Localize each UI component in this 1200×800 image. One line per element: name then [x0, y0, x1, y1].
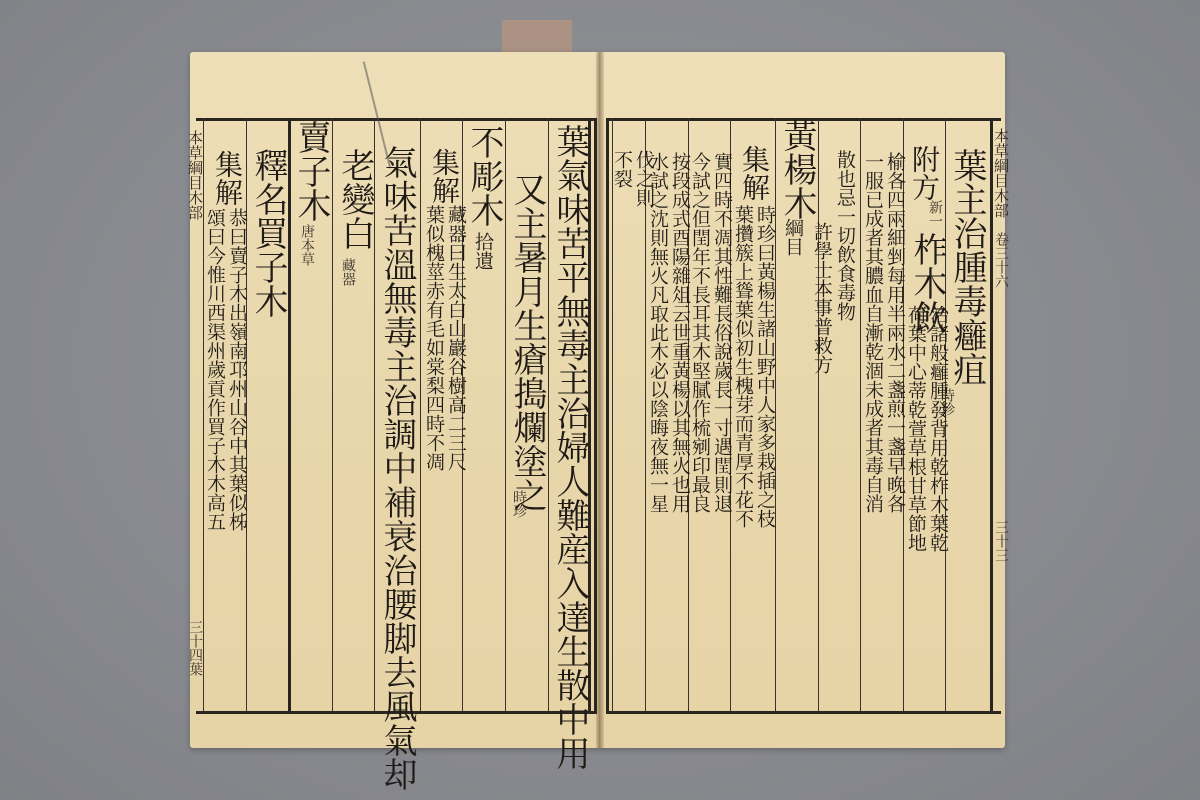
margin-label: 本草綱目木部 [993, 128, 1008, 218]
text-note: 頌曰今惟川西渠州歲貢作買子木木高五 [205, 208, 224, 531]
text-note: 實四時不凋其性難長俗說歲長一寸遇閏則退 [712, 152, 731, 513]
text-note: 荷葉中心蒂乾萱草根甘草節地 [906, 305, 925, 552]
section-heading: 集解 [740, 145, 768, 201]
section-heading: 附方 [910, 145, 938, 201]
text-note: 一服已成者其膿血自漸乾涸未成者其毒自消 [863, 152, 882, 513]
column-rule [818, 118, 819, 711]
section-heading: 集解 [430, 148, 458, 204]
text-column: 葉氣味苦平無毒主治婦人難産入達生散中用 [553, 124, 587, 770]
text-note: 按段成式酉陽雜俎云世重黃楊以其無火也用 [670, 152, 689, 513]
text-note: 葉攢簇上聳葉似初生槐芽而青厚不花不 [733, 205, 752, 528]
text-note: 葉似槐莖赤有毛如棠梨四時不凋 [424, 205, 443, 471]
column-rule [420, 118, 421, 711]
margin-page-number: 三十三 [994, 520, 1008, 562]
text-column: 葉主治腫毒癰疽 [950, 148, 984, 386]
margin-page-number: 三十四葉 [188, 620, 202, 676]
text-note: 新一 [928, 200, 942, 228]
text-note: 時珍 [512, 490, 526, 518]
section-heading: 集解 [213, 150, 241, 206]
double-note: 榆各四兩細剉每用半兩水二盞煎一盞早晚各 一服已成者其膿血自漸乾涸未成者其毒自消 [863, 152, 904, 513]
book-gutter [596, 52, 604, 748]
double-note: 恭曰賣子木出嶺南邛州山谷中其葉似柹 頌曰今惟川西渠州歲貢作買子木木高五 [205, 208, 246, 531]
double-note: 伐之則 不裂 [612, 150, 653, 207]
text-note: 綱目 [783, 218, 802, 256]
text-column: 老變白 [338, 148, 372, 250]
double-note: 實四時不凋其性難長俗說歲長一寸遇閏則退 今試之但閏年不長耳其木堅膩作梳剜印最良 [690, 152, 731, 513]
column-rule [505, 118, 506, 711]
text-note: 散也忌一切飲食毒物 [835, 150, 854, 321]
text-note: 許學士本事普救方 [812, 222, 831, 374]
text-note: 唐本草 [300, 224, 314, 266]
entry-title: 不彫木 [467, 125, 501, 227]
text-column: 釋名買子木 [251, 148, 285, 318]
text-note: 恭曰賣子木出嶺南邛州山谷中其葉似柹 [227, 208, 246, 531]
entry-title: 賣子木 [294, 120, 328, 222]
text-note: 不裂 [612, 150, 631, 207]
text-note: 藏器 [341, 258, 355, 286]
text-column: 又主暑月生瘡搗爛塗之 [510, 172, 544, 512]
text-note: 時珍曰黃楊生諸山野中人家多栽插之枝 [755, 205, 774, 528]
margin-label: 本草綱目木部 [187, 130, 202, 220]
text-column: 氣味苦溫無毒主治調中補衰治腰脚去風氣却 [380, 145, 414, 791]
column-rule [332, 118, 333, 711]
double-note: 藏器曰生太白山巖谷樹高二三尺 葉似槐莖赤有毛如棠梨四時不凋 [424, 205, 465, 471]
column-rule [860, 118, 861, 711]
double-note: 治諸般癰腫發背用乾柞木葉乾 荷葉中心蒂乾萱草根甘草節地 [906, 305, 947, 552]
text-note: 今試之但閏年不長耳其木堅膩作梳剜印最良 [690, 152, 709, 513]
text-note: 藏器曰生太白山巖谷樹高二三尺 [446, 205, 465, 471]
margin-volume: 卷三十六 [994, 232, 1008, 288]
text-note: 拾遺 [473, 232, 492, 270]
text-note: 伐之則 [634, 150, 653, 207]
double-note: 時珍曰黃楊生諸山野中人家多栽插之枝 葉攢簇上聳葉似初生槐芽而青厚不花不 [733, 205, 774, 528]
text-note: 治諸般癰腫發背用乾柞木葉乾 [928, 305, 947, 552]
entry-title: 黃楊木 [780, 118, 814, 220]
column-rule [548, 118, 549, 711]
text-note: 榆各四兩細剉每用半兩水二盞煎一盞早晚各 [885, 152, 904, 513]
